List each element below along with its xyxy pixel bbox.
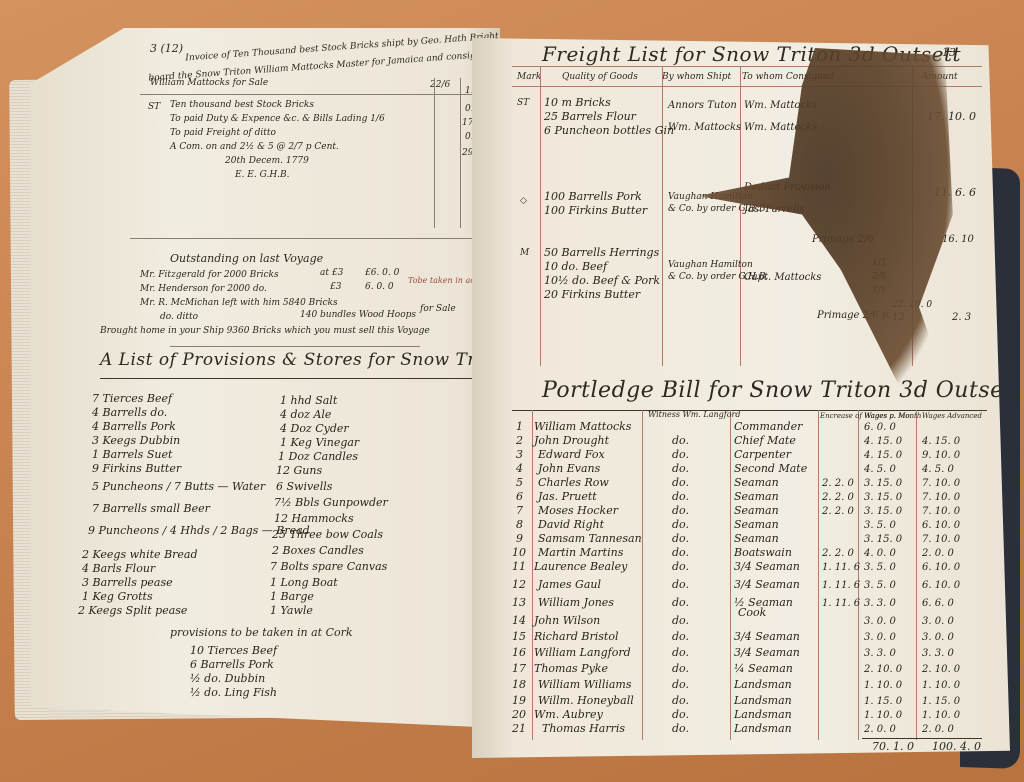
crew-station: Landsman (734, 694, 792, 707)
outstanding-rate: £3 (330, 282, 341, 292)
witness: do. (672, 532, 689, 545)
list-item: 3 Barrells pease (82, 576, 173, 589)
advance: 2. 0. 0 (922, 548, 954, 559)
divider (140, 94, 495, 95)
crew-station: 3/4 Seaman (734, 578, 800, 591)
witness: do. (672, 678, 689, 691)
crew-station: Landsman (734, 678, 792, 691)
list-item: 1 Keg Grotts (82, 590, 153, 603)
witness: do. (672, 578, 689, 591)
list-item: 1 Barrels Suet (92, 448, 172, 461)
advance: 6. 10. 0 (922, 520, 960, 531)
crew-station: Boatswain (734, 546, 792, 559)
column-rule (532, 410, 533, 740)
row-number: 2 (516, 434, 523, 447)
row-number: 5 (516, 476, 523, 489)
outstanding-line: do. ditto (160, 312, 198, 322)
crew-name: John Wilson (534, 614, 600, 627)
row-number: 17 (512, 662, 526, 675)
advance: 3. 3. 0 (922, 648, 954, 659)
witness: do. (672, 560, 689, 573)
column-rule (434, 78, 435, 228)
outstanding-line: Mr. Henderson for 2000 do. (140, 284, 267, 294)
crew-station: Commander (734, 420, 802, 433)
crew-station: Cook (738, 606, 766, 619)
witness: do. (672, 614, 689, 627)
wages: 4. 5. 0 (864, 464, 896, 475)
left-page: 3 (12) Invoice of Ten Thousand best Stoc… (30, 28, 500, 728)
list-item: 1 Doz Candles (278, 450, 358, 463)
advance: 7. 10. 0 (922, 506, 960, 517)
divider (130, 238, 500, 239)
list-item: 7½ Bbls Gunpowder (274, 496, 388, 509)
invoice-signature: E. E. G.H.B. (235, 170, 290, 180)
crew-station: 3/4 Seaman (734, 630, 800, 643)
crew-station: 3/4 Seaman (734, 560, 800, 573)
list-item: 2 Keegs Split pease (78, 604, 187, 617)
column-rule (858, 410, 859, 740)
increase: 1. 11. 6 (822, 562, 860, 573)
row-number: 11 (512, 560, 526, 573)
crew-station: Second Mate (734, 462, 807, 475)
crew-station: Seaman (734, 476, 779, 489)
total-wages: 70. 1. 0 (872, 740, 914, 753)
invoice-line: A Com. on and 2½ & 5 @ 2/7 p Cent. (170, 142, 339, 152)
invoice-mark: ST (148, 102, 160, 112)
crew-station: Chief Mate (734, 434, 796, 447)
row-number: 15 (512, 630, 526, 643)
list-item: 7 Bolts spare Canvas (270, 560, 387, 573)
crew-name: John Evans (538, 462, 600, 475)
column-rule (730, 410, 731, 740)
list-item: 1 Barge (270, 590, 314, 603)
outstanding-amount: £6. 0. 0 (365, 268, 399, 278)
column-rule (460, 78, 461, 228)
increase: 2. 2. 0 (822, 506, 854, 517)
witness: do. (672, 462, 689, 475)
crew-name: Charles Row (538, 476, 609, 489)
total-advance: 100. 4. 0 (932, 740, 981, 753)
column-rule (916, 410, 917, 740)
crew-station: Landsman (734, 722, 792, 735)
crew-name: William Jones (538, 596, 614, 609)
freight-goods: 10 do. Beef (544, 260, 607, 273)
increase: 2. 2. 0 (822, 548, 854, 559)
advance: 7. 10. 0 (922, 492, 960, 503)
freight-shipper: Wm. Mattocks (668, 122, 741, 133)
crew-name: David Right (538, 518, 604, 531)
wages: 3. 15. 0 (864, 478, 902, 489)
advance: 4. 15. 0 (922, 436, 960, 447)
advance: 3. 0. 0 (922, 616, 954, 627)
wages: 3. 0. 0 (864, 632, 896, 643)
wages: 4. 15. 0 (864, 436, 902, 447)
witness: do. (672, 646, 689, 659)
witness: do. (672, 448, 689, 461)
list-item: 5 Puncheons / 7 Butts — Water (92, 480, 265, 493)
row-number: 16 (512, 646, 526, 659)
invoice-line: Ten thousand best Stock Bricks (170, 100, 314, 110)
row-number: 21 (512, 722, 526, 735)
wages: 1. 15. 0 (864, 696, 902, 707)
list-item: 9 Firkins Butter (92, 462, 181, 475)
crew-station: Seaman (734, 518, 779, 531)
advance: 1. 10. 0 (922, 680, 960, 691)
list-item: 1 Long Boat (270, 576, 338, 589)
list-item: ½ do. Dubbin (190, 672, 265, 685)
list-item: 4 Doz Cyder (280, 422, 349, 435)
advance: 1. 15. 0 (922, 696, 960, 707)
advance: 7. 10. 0 (922, 534, 960, 545)
column-rule (740, 66, 741, 366)
freight-goods: 100 Barrells Pork (544, 190, 642, 203)
outstanding-rate: at £3 (320, 268, 343, 278)
crew-name: Thomas Pyke (534, 662, 608, 675)
list-item: 10 Tierces Beef (190, 644, 277, 657)
witness: do. (672, 630, 689, 643)
primage-amount: 16. 10 (942, 234, 974, 245)
crew-station: Seaman (734, 532, 779, 545)
crew-name: Jas. Pruett (538, 490, 597, 503)
divider (100, 378, 490, 379)
crew-name: Samsam Tannesan (538, 532, 642, 545)
outstanding-note: for Sale (420, 304, 456, 314)
freight-goods: 20 Firkins Butter (544, 288, 640, 301)
advance: 6. 6. 0 (922, 598, 954, 609)
wages: 3. 5. 0 (864, 520, 896, 531)
list-item: 25 Three bow Coals (272, 528, 383, 541)
crew-station: ¼ Seaman (734, 662, 793, 675)
crew-station: Landsman (734, 708, 792, 721)
list-item: 1 Keg Vinegar (280, 436, 359, 449)
wages: 3. 5. 0 (864, 562, 896, 573)
outstanding-heading: Outstanding on last Voyage (170, 252, 323, 265)
outstanding-line: Mr. R. McMichan left with him 5840 Brick… (140, 298, 338, 308)
witness: do. (672, 518, 689, 531)
freight-goods: 10½ do. Beef & Pork (544, 274, 660, 287)
wages: 2. 10. 0 (864, 664, 902, 675)
crew-name: Edward Fox (538, 448, 605, 461)
column-header-mark: Mark (517, 72, 541, 82)
crew-name: Moses Hocker (538, 504, 618, 517)
freight-shipper: Vaughan Hamilton (668, 260, 753, 270)
freight-goods: 50 Barrells Herrings (544, 246, 659, 259)
crew-name: William Mattocks (534, 420, 631, 433)
row-number: 4 (516, 462, 523, 475)
column-header-goods: Quality of Goods (562, 72, 638, 82)
cork-heading: provisions to be taken in at Cork (170, 626, 353, 639)
row-number: 20 (512, 708, 526, 721)
witness: do. (672, 546, 689, 559)
crew-name: Wm. Aubrey (534, 708, 603, 721)
crew-name: John Drought (534, 434, 609, 447)
primage-extra: 2. 3 (952, 312, 971, 323)
advance: 9. 10. 0 (922, 450, 960, 461)
list-item: ½ do. Ling Fish (190, 686, 277, 699)
right-page: Freight List for Snow Triton 3d Outsett … (472, 38, 1010, 758)
witness: do. (672, 694, 689, 707)
witness: do. (672, 504, 689, 517)
witness: do. (672, 596, 689, 609)
row-number: 3 (516, 448, 523, 461)
list-item: 4 Barrells Pork (92, 420, 176, 433)
crew-name: Richard Bristol (534, 630, 618, 643)
advance: 6. 10. 0 (922, 562, 960, 573)
totals-rule (862, 738, 982, 739)
row-number: 10 (512, 546, 526, 559)
column-rule (540, 66, 541, 366)
list-item: 3 Keegs Dubbin (92, 434, 180, 447)
witness: do. (672, 490, 689, 503)
increase: 2. 2. 0 (822, 492, 854, 503)
wages: 6. 0. 0 (864, 422, 896, 433)
row-number: 9 (516, 532, 523, 545)
row-number: 8 (516, 518, 523, 531)
row-number: 19 (512, 694, 526, 707)
invoice-date: 20th Decem. 1779 (225, 156, 309, 166)
freight-mark: M (520, 248, 529, 258)
crew-station: Seaman (734, 504, 779, 517)
advance: 1. 10. 0 (922, 710, 960, 721)
wages: 1. 10. 0 (864, 710, 902, 721)
open-ledger-book: 3 (12) Invoice of Ten Thousand best Stoc… (10, 8, 1010, 778)
outstanding-amount: 6. 0. 0 (365, 282, 394, 292)
list-item: 6 Barrells Pork (190, 658, 274, 671)
row-number: 1 (516, 420, 523, 433)
crew-station: Carpenter (734, 448, 791, 461)
outstanding-note: 140 bundles Wood Hoops (300, 310, 416, 320)
list-item: 4 Barrells do. (92, 406, 167, 419)
ink-stain (698, 48, 958, 418)
crew-name: James Gaul (538, 578, 601, 591)
advance: 3. 0. 0 (922, 632, 954, 643)
advance: 6. 10. 0 (922, 580, 960, 591)
invoice-line: To paid Freight of ditto (170, 128, 276, 138)
column-rule (642, 410, 643, 740)
advance: 7. 10. 0 (922, 478, 960, 489)
freight-goods: 100 Firkins Butter (544, 204, 647, 217)
increase: 2. 2. 0 (822, 478, 854, 489)
wages: 3. 3. 0 (864, 598, 896, 609)
list-item: 2 Keegs white Bread (82, 548, 198, 561)
crew-station: 3/4 Seaman (734, 646, 800, 659)
row-number: 7 (516, 504, 523, 517)
freight-shipper: Annors Tuton (668, 100, 737, 111)
witness: do. (672, 662, 689, 675)
crew-name: Thomas Harris (542, 722, 625, 735)
list-item: 2 Boxes Candles (272, 544, 364, 557)
list-item: 12 Hammocks (274, 512, 354, 525)
witness: do. (672, 434, 689, 447)
diamond-mark-icon: ◇ (520, 196, 527, 206)
freight-goods: 25 Barrels Flour (544, 110, 636, 123)
increase: 1. 11. 6 (822, 580, 860, 591)
row-number: 18 (512, 678, 526, 691)
wages: 1. 10. 0 (864, 680, 902, 691)
list-item: 12 Guns (276, 464, 322, 477)
wages: 3. 0. 0 (864, 616, 896, 627)
wages: 3. 15. 0 (864, 506, 902, 517)
column-rule (662, 66, 663, 366)
witness: do. (672, 722, 689, 735)
column-rule (818, 410, 819, 740)
row-number: 13 (512, 596, 526, 609)
freight-goods: 10 m Bricks (544, 96, 611, 109)
wages: 2. 0. 0 (864, 724, 896, 735)
advance: 2. 10. 0 (922, 664, 960, 675)
invoice-line: To paid Duty & Expence &c. & Bills Ladin… (170, 114, 385, 124)
witness: do. (672, 708, 689, 721)
row-number: 12 (512, 578, 526, 591)
list-item: 7 Barrells small Beer (92, 502, 210, 515)
crew-name: Willm. Honeyball (538, 694, 634, 707)
column-header-shipper: By whom Shipt (662, 72, 731, 82)
crew-name: William Williams (538, 678, 632, 691)
advance: 4. 5. 0 (922, 464, 954, 475)
invoice-header-line: William Mattocks for Sale (150, 78, 268, 88)
crew-name: Martin Martins (538, 546, 623, 559)
crew-name: Laurence Bealey (534, 560, 627, 573)
wages: 3. 3. 0 (864, 648, 896, 659)
freight-mark: ST (517, 98, 529, 108)
advance: 2. 0. 0 (922, 724, 954, 735)
wages: 3. 15. 0 (864, 492, 902, 503)
page-number: 3 (12) (150, 42, 183, 55)
freight-consignee: Capt. Mattocks (744, 272, 821, 283)
list-item: 4 doz Ale (280, 408, 331, 421)
portledge-bill-title: Portledge Bill for Snow Triton 3d Outset… (542, 378, 1022, 403)
column-header-wages: Wages p. Month (864, 412, 921, 420)
witness-header: Witness Wm. Langford (648, 410, 740, 419)
row-number: 6 (516, 490, 523, 503)
wages: 4. 15. 0 (864, 450, 902, 461)
list-item: 1 Yawle (270, 604, 313, 617)
wages: 3. 5. 0 (864, 580, 896, 591)
wages: 3. 15. 0 (864, 534, 902, 545)
crew-name: William Langford (534, 646, 631, 659)
column-header-advance: Wages Advanced (922, 412, 982, 420)
freight-goods: 6 Puncheon bottles Gin (544, 124, 674, 137)
row-number: 14 (512, 614, 526, 627)
list-item: 7 Tierces Beef (92, 392, 172, 405)
list-item: 4 Barls Flour (82, 562, 155, 575)
wages: 4. 0. 0 (864, 548, 896, 559)
outstanding-closing: Brought home in your Ship 9360 Bricks wh… (100, 326, 430, 336)
outstanding-line: Mr. Fitzgerald for 2000 Bricks (140, 270, 279, 280)
list-item: 1 hhd Salt (280, 394, 337, 407)
witness: do. (672, 476, 689, 489)
increase: 1. 11. 6 (822, 598, 860, 609)
crew-station: Seaman (734, 490, 779, 503)
list-item: 6 Swivells (276, 480, 332, 493)
divider (170, 346, 420, 347)
